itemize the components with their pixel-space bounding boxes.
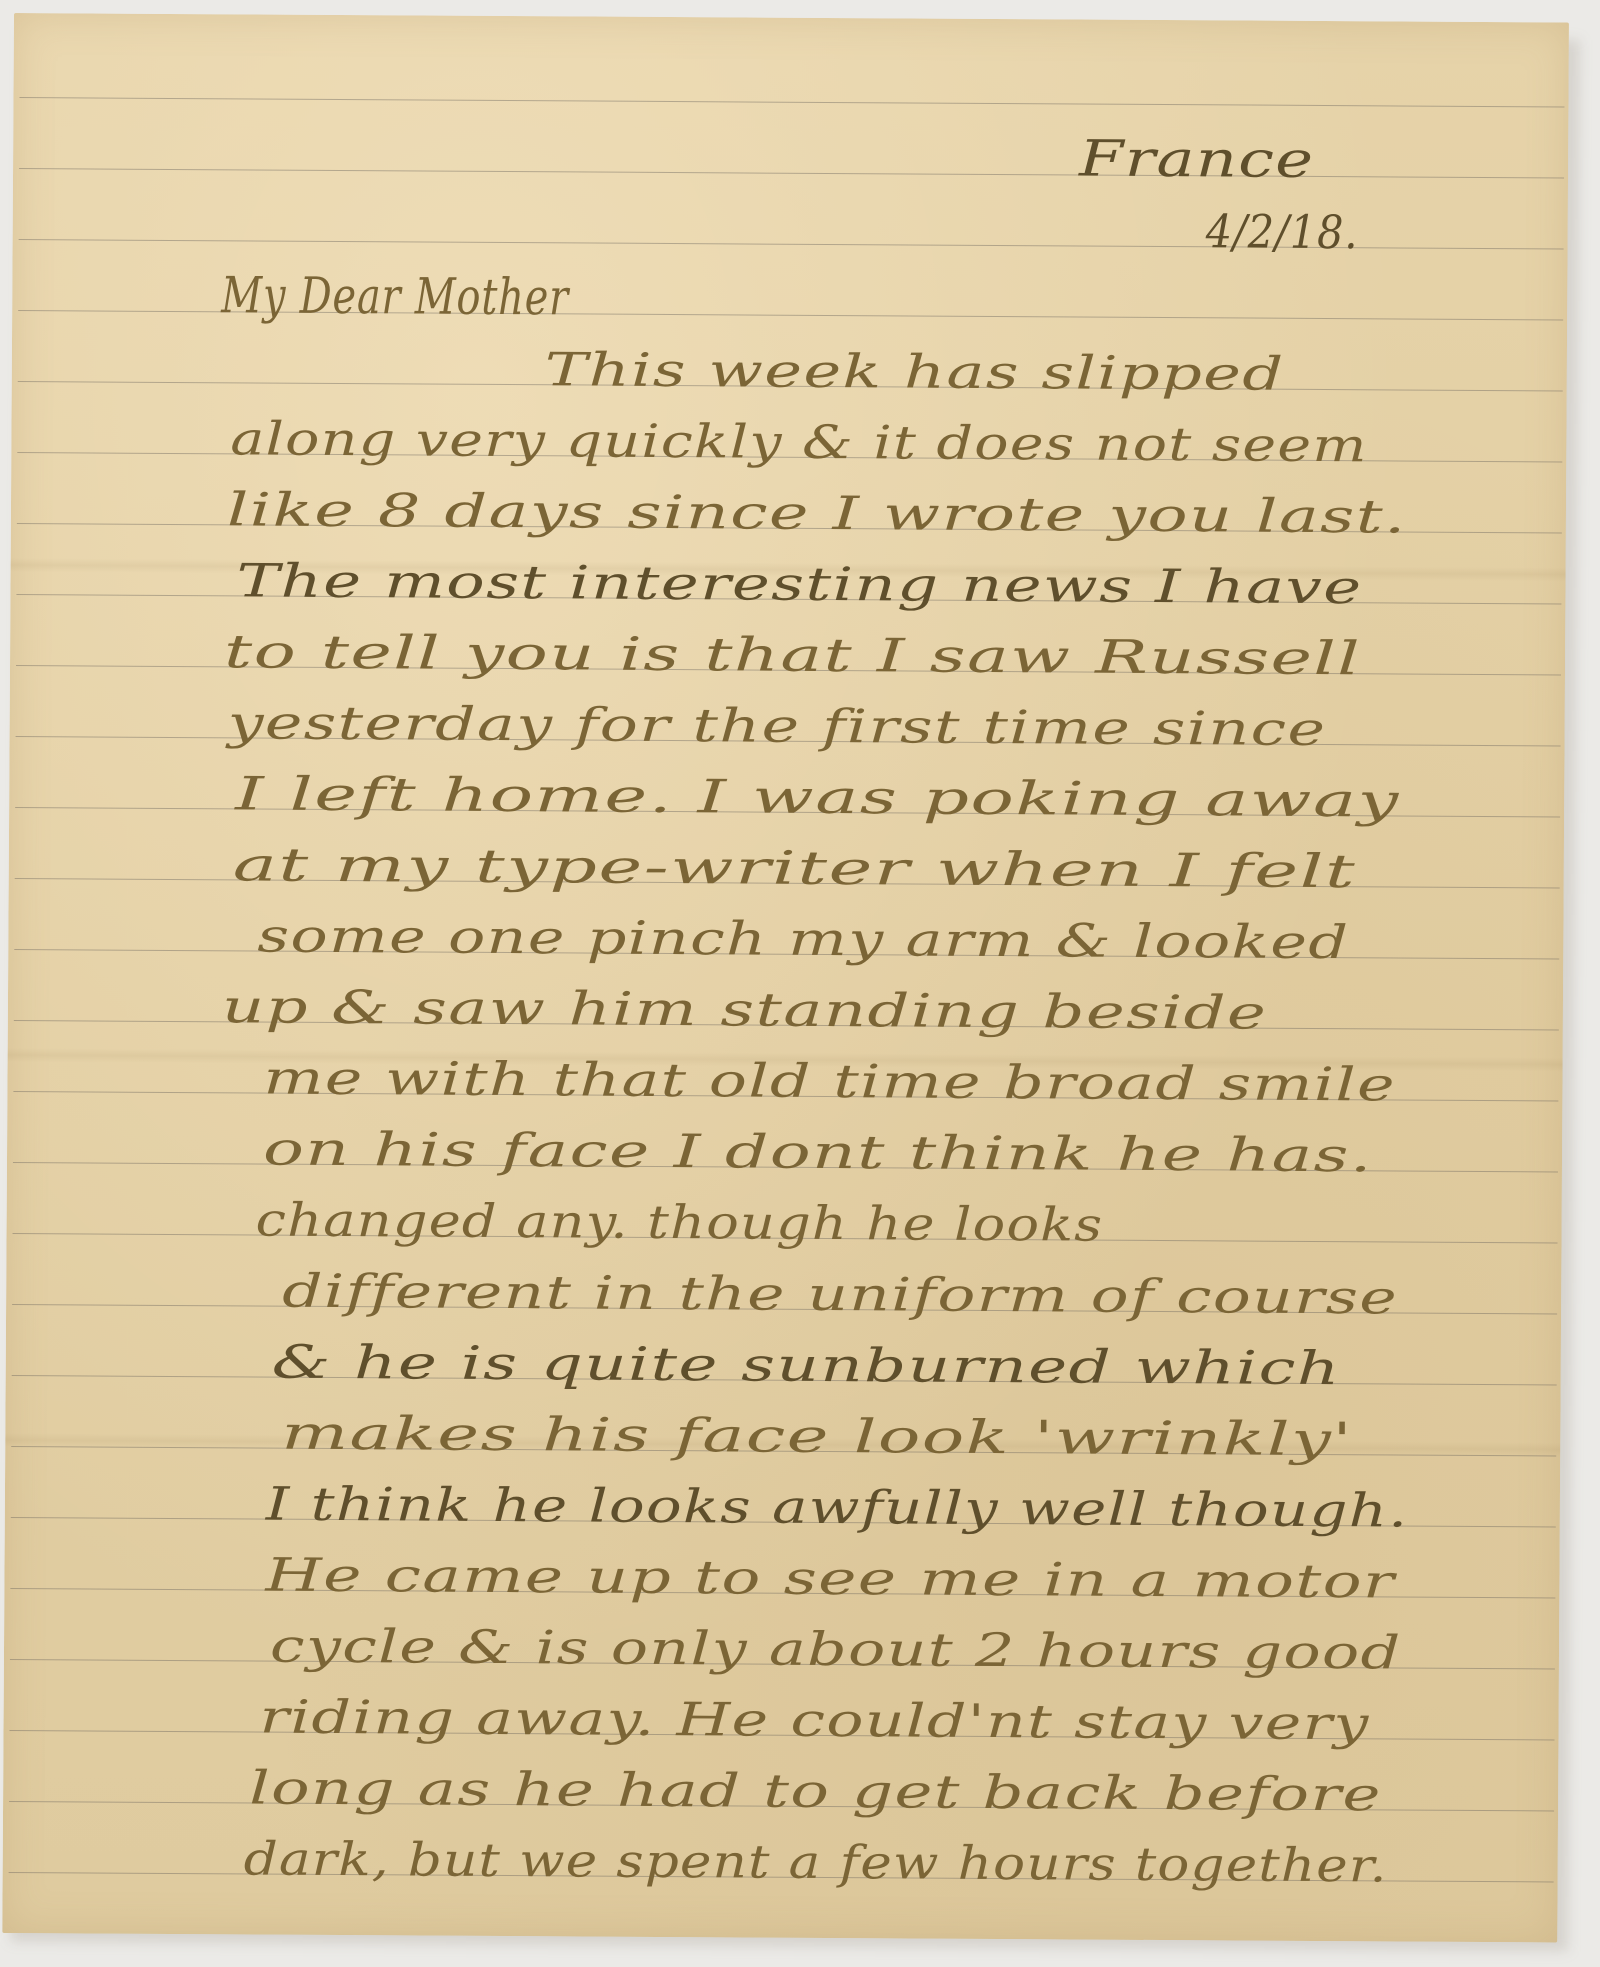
letter-line: riding away. He could'nt stay very [259,1694,1369,1747]
salutation: My Dear Mother [221,270,569,322]
letter-line: up & saw him standing beside [222,984,1268,1036]
rule-line [19,97,1564,107]
letter-line: I think he looks awfully well though. [266,1481,1409,1534]
ruled-lines [14,13,1569,22]
letter-line: long as he had to get back before [249,1765,1382,1818]
letter-line: & he is quite sunburned which [272,1339,1341,1392]
letter-line: dark, but we spent a few hours together. [244,1836,1388,1889]
letter-line: This week has slipped [545,347,1285,398]
letter-line: cycle & is only about 2 hours good [270,1623,1402,1676]
letter-line: some one pinch my arm & looked [257,913,1349,966]
letter-line: He came up to see me in a motor [265,1552,1395,1605]
letter-line: makes his face look 'wrinkly' [281,1410,1353,1463]
rule-line [19,168,1564,178]
letter-line: at my type-writer when I felt [233,842,1357,895]
letter-line: like 8 days since I wrote you last. [227,487,1407,540]
place-heading: France [1079,134,1315,185]
letter-line: to tell you is that I saw Russell [224,629,1361,682]
letter-line: changed any. though he looks [255,1197,1103,1248]
letter-line: on his face I dont think he has. [263,1126,1373,1179]
letter-line: along very quickly & it does not seem [230,416,1368,469]
letter-line: different in the uniform of course [282,1268,1398,1321]
letter-line: me with that old time broad smile [263,1055,1396,1108]
letter-line: yesterday for the first time since [228,700,1327,753]
letter-date: 4/2/18. [1206,209,1359,256]
letter-line: I left home. I was poking away [235,771,1400,824]
letter-page: France 4/2/18. My Dear Mother This week … [2,13,1569,1942]
letter-line: The most interesting news I have [236,558,1362,611]
